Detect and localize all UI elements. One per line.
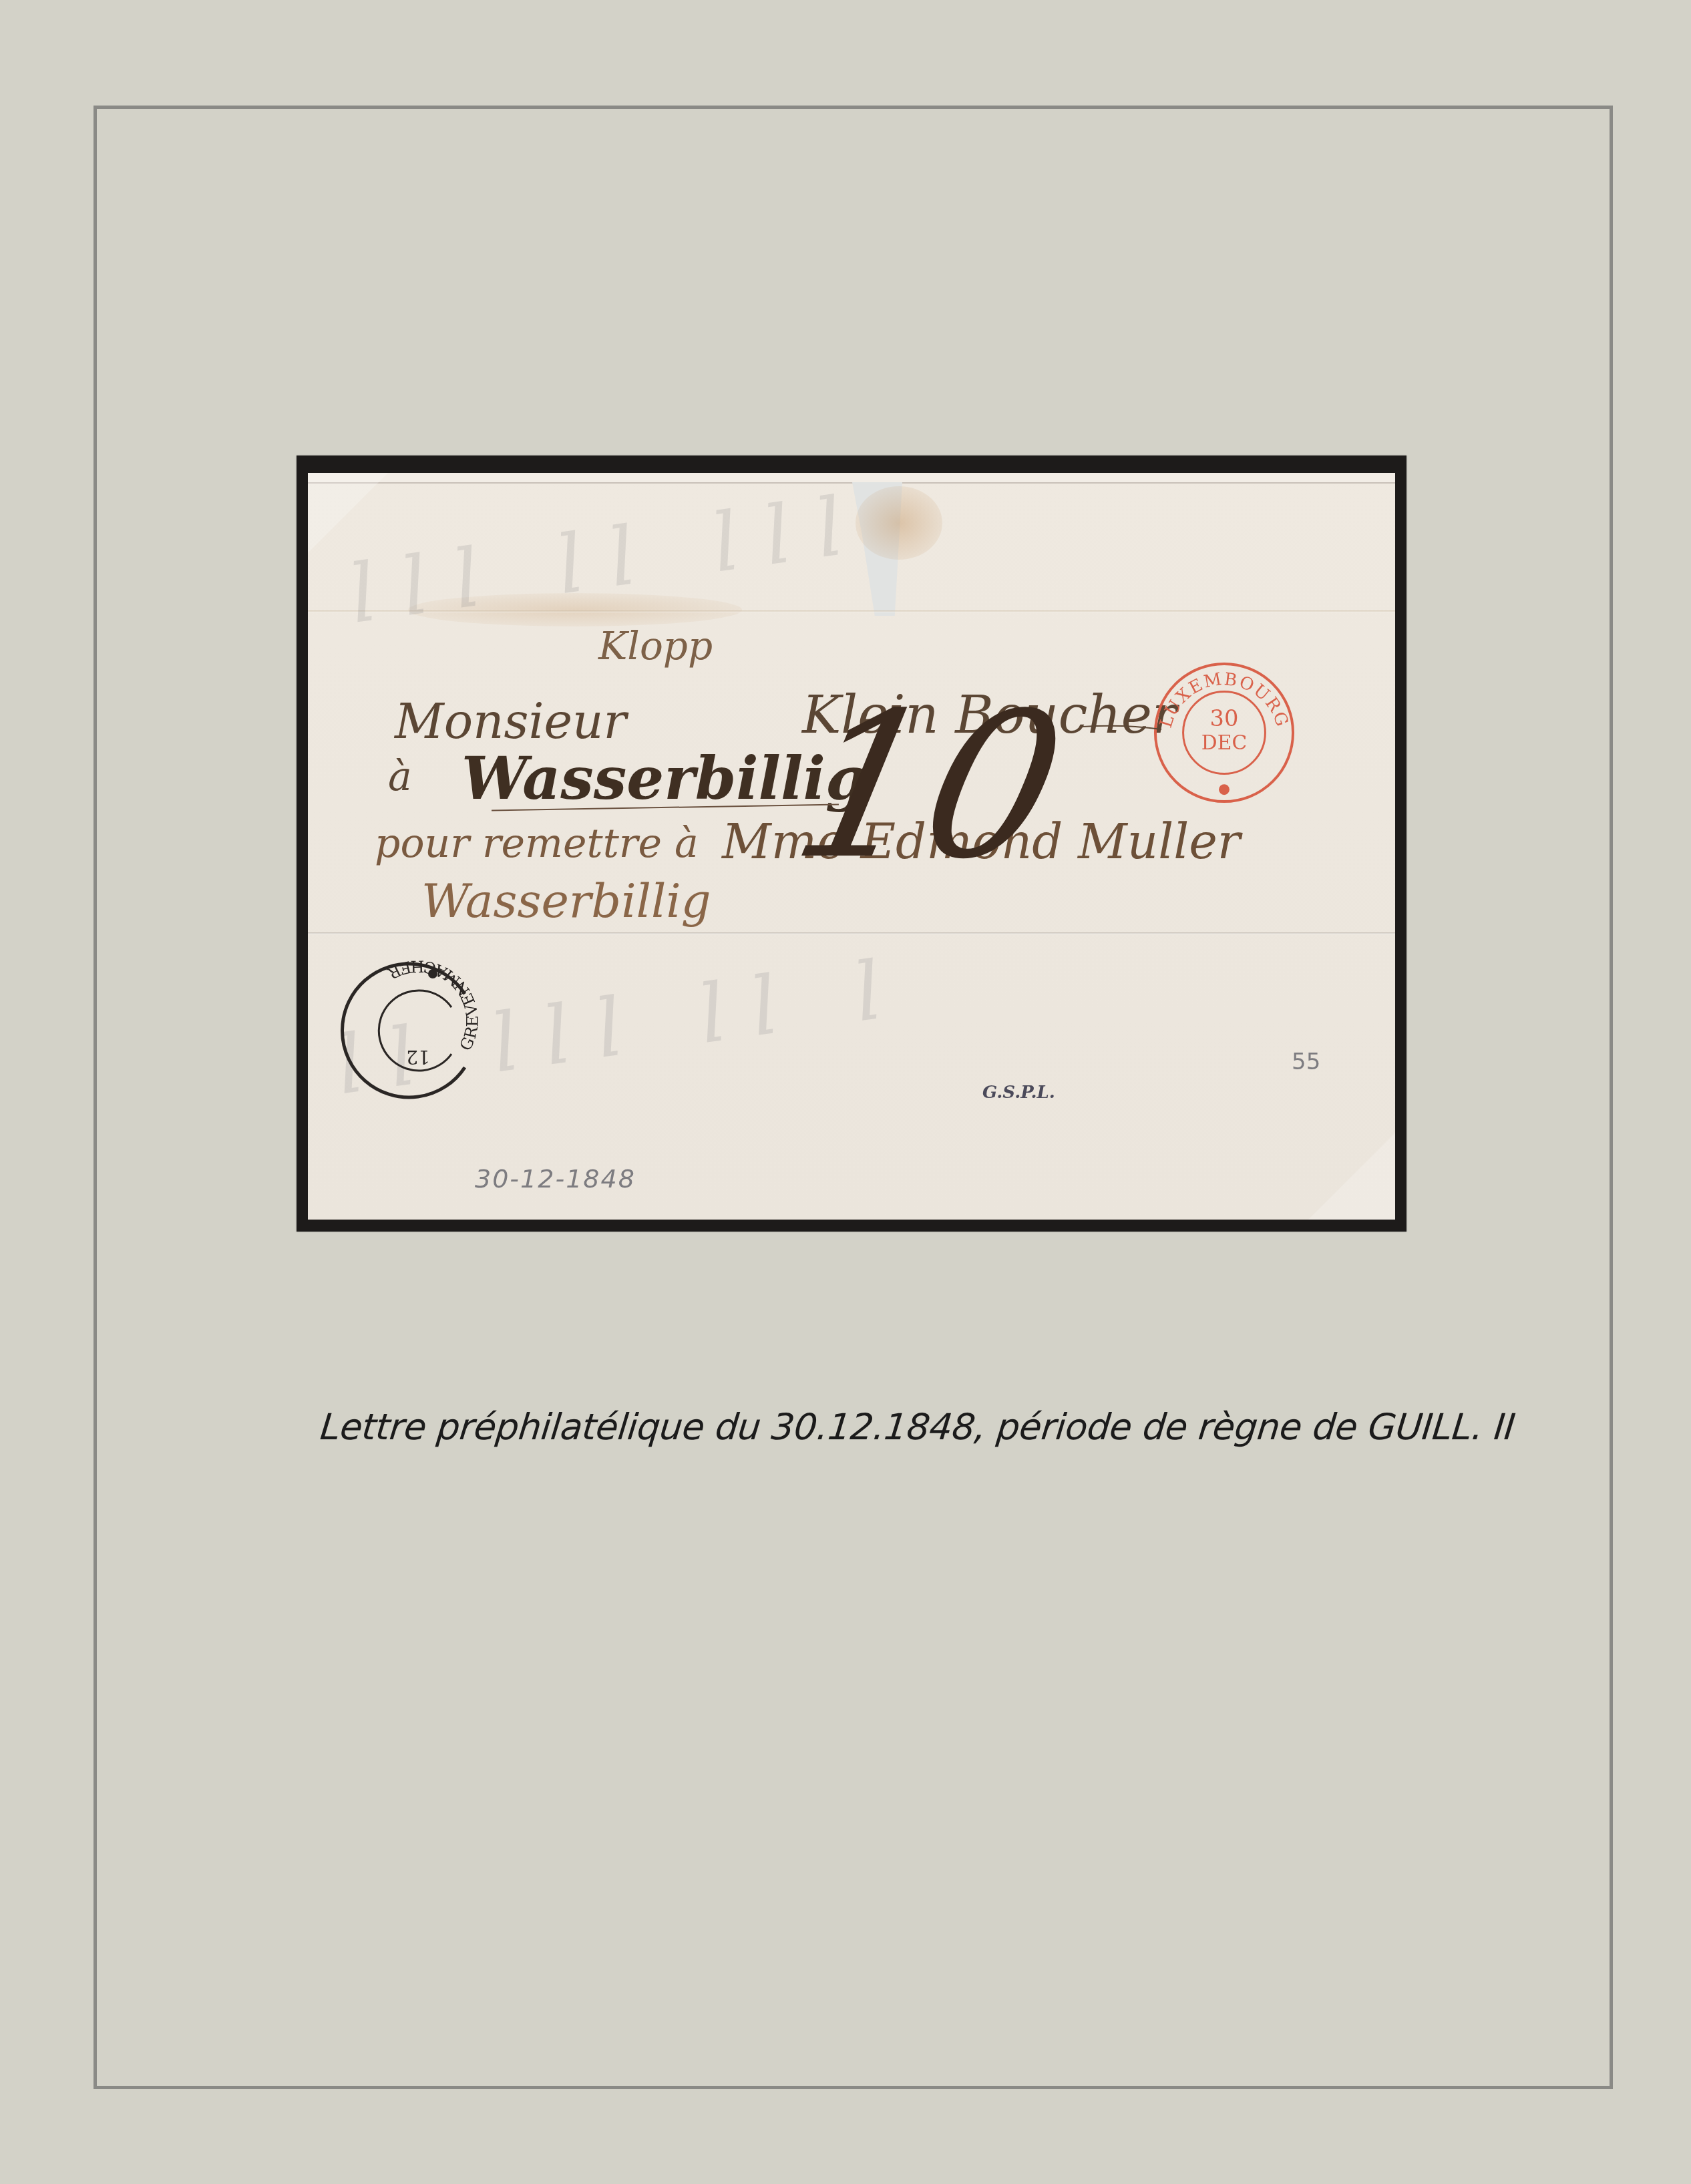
pencil-number-note: 55 (1292, 1049, 1320, 1075)
postage-rate-mark: 10 (781, 687, 1079, 887)
folded-letter: lll ll lll ll lll ll l Klopp Monsieur Kl… (308, 473, 1395, 1220)
mount-corner-hinge (1302, 1126, 1395, 1220)
page-caption: Lettre préphilatélique du 30.12.1848, pé… (319, 1406, 1517, 1448)
svg-text:DEC: DEC (1201, 731, 1247, 755)
ink-stroke (1083, 720, 1163, 733)
pencil-date-note: 30-12-1848 (475, 1164, 636, 1194)
expert-cachet: G.S.P.L. (982, 1083, 1055, 1103)
forward-city: Wasserbillig (421, 874, 711, 928)
svg-text:12: 12 (406, 1046, 430, 1068)
grevenmacher-postmark: GREVENMACHER 12 (338, 954, 492, 1107)
svg-text:30: 30 (1210, 705, 1239, 731)
letter-mount: lll ll lll ll lll ll l Klopp Monsieur Kl… (297, 456, 1406, 1232)
forward-instruction: pour remettre à (375, 820, 699, 867)
docket-name: Klopp (598, 623, 713, 669)
salutation: Monsieur (395, 693, 626, 749)
fold-line-bottom (308, 932, 1395, 934)
luxembourg-postmark: LUXEMBOURG 30 DEC (1151, 660, 1297, 805)
address-preposition: à (388, 753, 412, 800)
